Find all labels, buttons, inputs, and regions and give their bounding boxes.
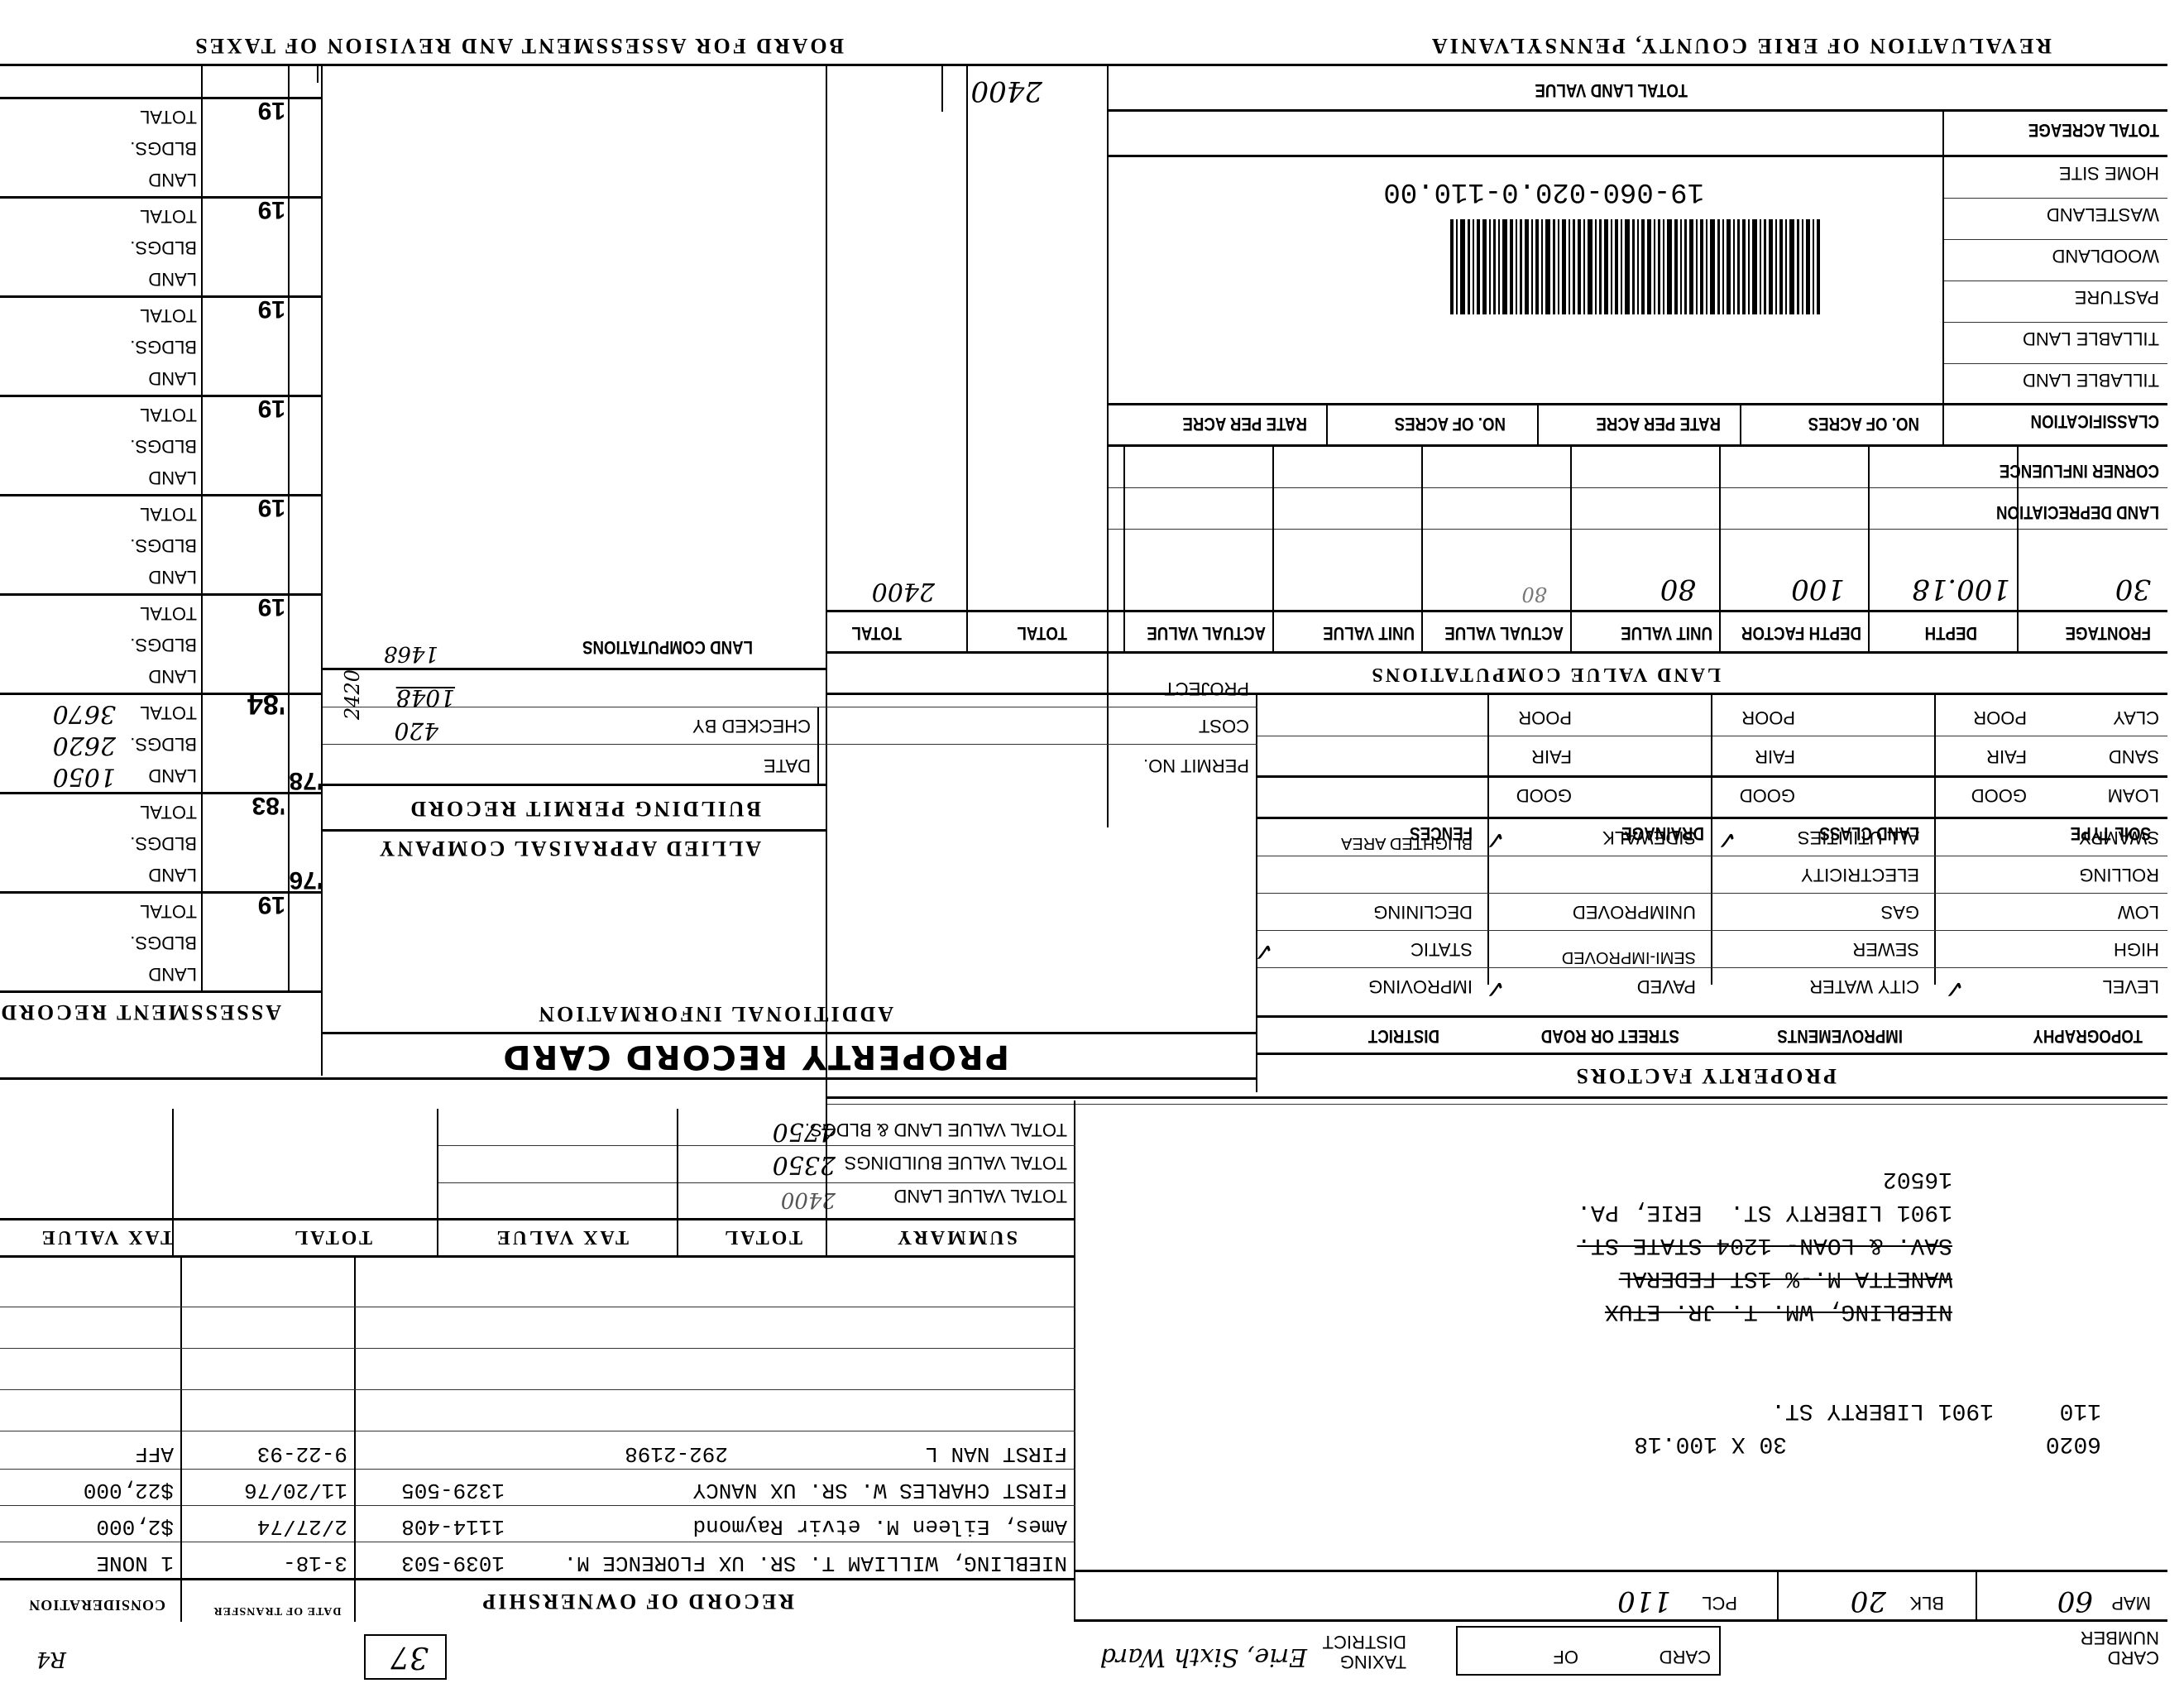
checkmark-icon: ✓: [1944, 974, 1965, 1003]
soil-loam: LOAM: [2108, 784, 2159, 806]
blk-label: BLK: [1909, 1592, 1944, 1614]
assessed-total: 3670: [53, 699, 116, 728]
topography-header: TOPOGRAPHY: [2033, 1025, 2143, 1047]
map-value[interactable]: 60: [2057, 1585, 2093, 1618]
header-depth: DEPTH: [1925, 622, 1977, 644]
row-land: LAND: [148, 367, 197, 389]
street-sidewalk: SIDEWALK: [1602, 827, 1696, 848]
impr-electricity: ELECTRICITY: [1801, 864, 1919, 885]
summary-table: SUMMARY TOTAL TAX VALUE TOTAL TAX VALUE …: [0, 1109, 1075, 1258]
permit-date-label: DATE: [764, 755, 811, 776]
corner-influence-label: CORNER INFLUENCE: [2000, 460, 2159, 482]
of-label: OF: [1553, 1646, 1578, 1667]
header-depth-factor: DEPTH FACTOR: [1741, 622, 1861, 644]
land-comp-1048: 1048: [396, 684, 455, 712]
year-prefix: 19: [258, 592, 285, 621]
topo-low: LOW: [2118, 901, 2159, 923]
row-bldgs: BLDGS.: [130, 733, 197, 755]
row-land: LAND: [148, 467, 197, 488]
row-bldgs: BLDGS.: [130, 832, 197, 854]
row-land: LAND: [148, 566, 197, 587]
checkmark-icon: ✓: [1485, 974, 1506, 1003]
page-number-box: 37: [364, 1634, 447, 1680]
consideration: $2,000: [96, 1514, 174, 1539]
consideration: AFF: [135, 1441, 174, 1466]
owner-line: SAV. & LOAN- 1204 STATE ST.: [1577, 1232, 1952, 1258]
row-total: TOTAL: [140, 305, 197, 326]
impr-sewer: SEWER: [1852, 938, 1919, 960]
row-tillable-land-1: TILLABLE LAND: [2023, 328, 2159, 349]
transfer-date: 2/27/74: [257, 1514, 347, 1539]
row-total: TOTAL: [140, 801, 197, 822]
property-record-card: REVALUATION OF ERIE COUNTY, PENNSYLVANIA…: [0, 0, 2184, 1688]
land-comp-side-note: 2420: [341, 669, 364, 720]
year-prefix: 19: [258, 394, 285, 422]
unit-value: 80: [1660, 573, 1696, 606]
header-total-2: TOTAL: [851, 622, 902, 644]
landclass-fair: FAIR: [1986, 746, 2027, 767]
row-bldgs: BLDGS.: [130, 435, 197, 457]
row-total-acreage: TOTAL ACREAGE: [2028, 119, 2159, 141]
consideration: $22,000: [84, 1478, 174, 1503]
transfer-date: 9-22-93: [257, 1441, 347, 1466]
initials: R4: [36, 1647, 66, 1671]
acres-header-1: NO. OF ACRES: [1808, 413, 1919, 434]
summary-land-total: 2400: [781, 1187, 836, 1212]
landclass-good: GOOD: [1971, 784, 2027, 806]
district-blighted-area: BLIGHTED AREA: [1341, 833, 1473, 852]
summary-header: SUMMARY: [895, 1225, 1018, 1248]
consideration: 1 NONE: [96, 1551, 174, 1575]
transfer-date: 11/20/76: [244, 1478, 347, 1503]
row-bldgs: BLDGS.: [130, 336, 197, 357]
barcode: [1448, 219, 1820, 314]
fences-fair: FAIR: [1531, 746, 1572, 767]
acres-header-2: NO. OF ACRES: [1395, 413, 1506, 434]
landclass-poor: POOR: [1973, 707, 2027, 728]
deed-book: 292-2198: [625, 1441, 728, 1466]
year-stamp-76: '76: [289, 866, 323, 894]
street-paved: PAVED: [1637, 976, 1696, 997]
allied-appraisal-company: ALLIED APPRAISAL COMPANY: [377, 836, 761, 861]
owner-name: NIEBLING, WILLIAM T. SR. UX FLORENCE M.: [564, 1551, 1068, 1575]
header-unit-value-2: UNIT VALUE: [1323, 622, 1415, 644]
summary-tax-header: TAX VALUE: [495, 1225, 629, 1248]
drainage-poor: POOR: [1741, 707, 1795, 728]
row-home-site: HOME SITE: [2059, 162, 2159, 184]
ownership-table: RECORD OF OWNERSHIP DATE OF TRANSFER CON…: [0, 1423, 1075, 1622]
factor-headers: TOPOGRAPHY IMPROVEMENTS STREET OR ROAD D…: [1257, 1018, 2167, 1055]
permit-no-label: PERMIT NO.: [1143, 755, 1249, 776]
deed-book: 1114-408: [401, 1514, 505, 1539]
summary-tax-header-2: TAX VALUE: [40, 1225, 174, 1248]
taxing-district-label: TAXING DISTRICT: [1324, 1632, 1406, 1671]
checked-by-label: CHECKED BY: [692, 715, 811, 736]
row-land: LAND: [148, 765, 197, 786]
owner-line: NIEBLING, WM. T. JR. ETUX: [1605, 1298, 1952, 1324]
owner-line: WANETTA M.-% 1ST FEDERAL: [1619, 1265, 1952, 1291]
depth-value: 100.18: [1912, 573, 2010, 606]
assessed-bldgs: 2620: [53, 731, 116, 760]
topo-swampy: SWAMPY: [2079, 827, 2159, 848]
district-static: STATIC: [1410, 938, 1473, 960]
drainage-good: GOOD: [1740, 784, 1795, 806]
row-total: TOTAL: [140, 106, 197, 127]
row-bldgs: BLDGS.: [130, 137, 197, 159]
row-total: TOTAL: [140, 205, 197, 227]
land-value-computations-title: LAND VALUE COMPUTATIONS: [1369, 663, 1721, 685]
total-land-value: 2400: [970, 74, 1042, 108]
depth-factor-value: 100: [1791, 573, 1845, 606]
header-actual-value-2: ACTUAL VALUE: [1147, 622, 1266, 644]
checkmark-icon: ✓: [1253, 937, 1274, 966]
assessed-land: 1050: [53, 762, 116, 791]
revaluation-title: REVALUATION OF ERIE COUNTY, PENNSYLVANIA: [1430, 33, 2052, 58]
actual-value: 80: [1521, 583, 1547, 606]
property-factors-title: PROPERTY FACTORS: [1574, 1063, 1837, 1088]
district-declining: DECLINING: [1373, 901, 1473, 923]
row-land: LAND: [148, 169, 197, 190]
row-bldgs: BLDGS.: [130, 932, 197, 953]
map-label: MAP: [2111, 1592, 2151, 1614]
district-improving: IMPROVING: [1368, 976, 1473, 997]
topo-level: LEVEL: [2103, 976, 2160, 997]
header-total-1: TOTAL: [1017, 622, 1067, 644]
board-title: BOARD FOR ASSESSMENT AND REVISION OF TAX…: [193, 33, 844, 58]
rate-header-1: RATE PER ACRE: [1596, 413, 1721, 434]
page-number: 37: [390, 1640, 429, 1674]
row-land: LAND: [148, 665, 197, 687]
property-code: 110: [2060, 1398, 2101, 1423]
land-value-values-row: 30 100.18 100 80 80 2400: [827, 567, 2167, 612]
soil-clay: CLAY: [2113, 707, 2159, 728]
deed-book: 1329-505: [401, 1478, 505, 1503]
impr-city-water: CITY WATER: [1809, 976, 1919, 997]
lot-dimensions: 30 X 100.18: [1634, 1431, 1787, 1456]
improvements-header: IMPROVEMENTS: [1777, 1025, 1903, 1047]
row-tillable-land-2: TILLABLE LAND: [2023, 369, 2159, 391]
summary-land-bldgs-label: TOTAL VALUE LAND & BLDGS.: [805, 1119, 1067, 1140]
property-address: 1901 LIBERTY ST.: [1771, 1398, 1994, 1423]
row-pasture: PASTURE: [2075, 286, 2159, 308]
year-prefix: 19: [258, 890, 285, 918]
owner-name: FIRST NAN L: [925, 1441, 1067, 1466]
checkmark-icon: ✓: [1717, 825, 1737, 854]
project-label: PROJECT: [1164, 678, 1249, 699]
row-land: LAND: [148, 864, 197, 885]
fences-good: GOOD: [1516, 784, 1572, 806]
card-canvas: REVALUATION OF ERIE COUNTY, PENNSYLVANIA…: [0, 0, 2184, 1688]
row-bldgs: BLDGS.: [130, 634, 197, 655]
topo-rolling: ROLLING: [2079, 864, 2159, 885]
land-category-rows: TOTAL ACREAGE HOME SITE WASTELAND WOODLA…: [1944, 112, 2167, 447]
year-prefix: 19: [258, 295, 285, 323]
row-land: LAND: [148, 268, 197, 290]
date-of-transfer-header: DATE OF TRANSFER: [207, 1604, 347, 1617]
topo-high: HIGH: [2114, 938, 2159, 960]
row-land: LAND: [148, 963, 197, 985]
property-line1: 6020: [2046, 1431, 2101, 1456]
row-bldgs: BLDGS.: [130, 535, 197, 556]
soil-sand: SAND: [2109, 746, 2159, 767]
card-label: CARD: [1660, 1646, 1711, 1667]
taxing-district-value[interactable]: Erie, Sixth Ward: [1100, 1642, 1307, 1671]
impr-all-utilities: ALL UTILITIES: [1798, 827, 1919, 848]
card-number-label: CARD NUMBER: [2060, 1628, 2159, 1667]
header-actual-value-1: ACTUAL VALUE: [1444, 622, 1564, 644]
fences-poor: POOR: [1518, 707, 1572, 728]
pcl-value[interactable]: 110: [1617, 1585, 1671, 1618]
assessment-record-title: ASSESSMENT RECORD: [0, 1000, 281, 1024]
year-prefix: 19: [258, 96, 285, 124]
card-of-box[interactable]: CARD OF: [1456, 1626, 1721, 1676]
land-value-headers: FRONTAGE DEPTH DEPTH FACTOR UNIT VALUE A…: [827, 614, 2167, 654]
land-computations-label: LAND COMPUTATIONS: [582, 636, 753, 658]
row-wasteland: WASTELAND: [2047, 204, 2159, 225]
district-header: DISTRICT: [1368, 1025, 1439, 1047]
row-bldgs: BLDGS.: [130, 237, 197, 258]
additional-information-label: ADDITIONAL INFORMATION: [536, 1001, 893, 1026]
header-unit-value-1: UNIT VALUE: [1621, 622, 1712, 644]
land-comp-420: 420: [395, 717, 438, 745]
owner-name: Ames, Eileen M. etvir Raymond: [693, 1514, 1067, 1539]
year-prefix: 19: [258, 493, 285, 521]
year-stamp-78: '78: [289, 766, 323, 794]
checkmark-icon: ✓: [1485, 825, 1506, 854]
street-unimproved: UNIMPROVED: [1573, 901, 1696, 923]
pcl-label: PCL: [1702, 1592, 1737, 1614]
land-comp-1468: 1468: [384, 641, 438, 666]
row-total: TOTAL: [140, 702, 197, 723]
permit-cost-label: COST: [1199, 715, 1249, 736]
total-value: 2400: [872, 577, 935, 606]
owner-line: 1901 LIBERTY ST. ERIE, PA.: [1577, 1199, 1952, 1225]
row-total: TOTAL: [140, 503, 197, 525]
rate-header-2: RATE PER ACRE: [1182, 413, 1307, 434]
ownership-title: RECORD OF OWNERSHIP: [480, 1589, 794, 1614]
year-prefix: 19: [258, 195, 285, 223]
street-or-road-header: STREET OR ROAD: [1541, 1025, 1679, 1047]
row-total: TOTAL: [140, 900, 197, 922]
summary-land-label: TOTAL VALUE LAND: [894, 1185, 1067, 1206]
blk-value[interactable]: 20: [1851, 1585, 1886, 1618]
land-depreciation-label: LAND DEPRECIATION: [1996, 501, 2159, 523]
row-total: TOTAL: [140, 602, 197, 624]
drainage-fair: FAIR: [1755, 746, 1795, 767]
total-land-value-label: TOTAL LAND VALUE: [1535, 79, 1688, 101]
classification-label: CLASSIFICATION: [2031, 410, 2159, 432]
street-semi-improved: SEMI-IMPROVED: [1562, 947, 1696, 966]
property-record-card-title: PROPERTY RECORD CARD: [501, 1038, 1009, 1076]
consideration-header: CONSIDERATION: [28, 1596, 165, 1614]
owner-zip: 16502: [1883, 1166, 1952, 1192]
row-woodland: WOODLAND: [2052, 245, 2159, 266]
row-total: TOTAL: [140, 404, 197, 425]
assessment-year-blocks: LAND BLDGS. TOTAL LAND BLDGS. TOTAL LAND…: [0, 66, 323, 993]
impr-gas: GAS: [1881, 901, 1919, 923]
factor-rows: SWAMPY ROLLING LOW HIGH LEVEL ✓ ALL UTIL…: [1257, 819, 2167, 1018]
summary-total-header: TOTAL: [722, 1225, 802, 1248]
header-frontage: FRONTAGE: [2065, 622, 2151, 644]
frontage-value: 30: [2115, 573, 2151, 606]
deed-book: 1039-503: [401, 1551, 505, 1575]
owner-name: FIRST CHARLES W. SR. UX NANCY: [693, 1478, 1067, 1503]
summary-total-header-2: TOTAL: [292, 1225, 372, 1248]
transfer-date: 3-18-: [283, 1551, 347, 1575]
year-stamp-83: '83: [251, 791, 285, 819]
summary-buildings-label: TOTAL VALUE BUILDINGS: [845, 1152, 1067, 1173]
barcode-number: 19-060-020.0-110.00: [1383, 175, 1704, 207]
building-permit-title: BUILDING PERMIT RECORD: [408, 796, 761, 821]
